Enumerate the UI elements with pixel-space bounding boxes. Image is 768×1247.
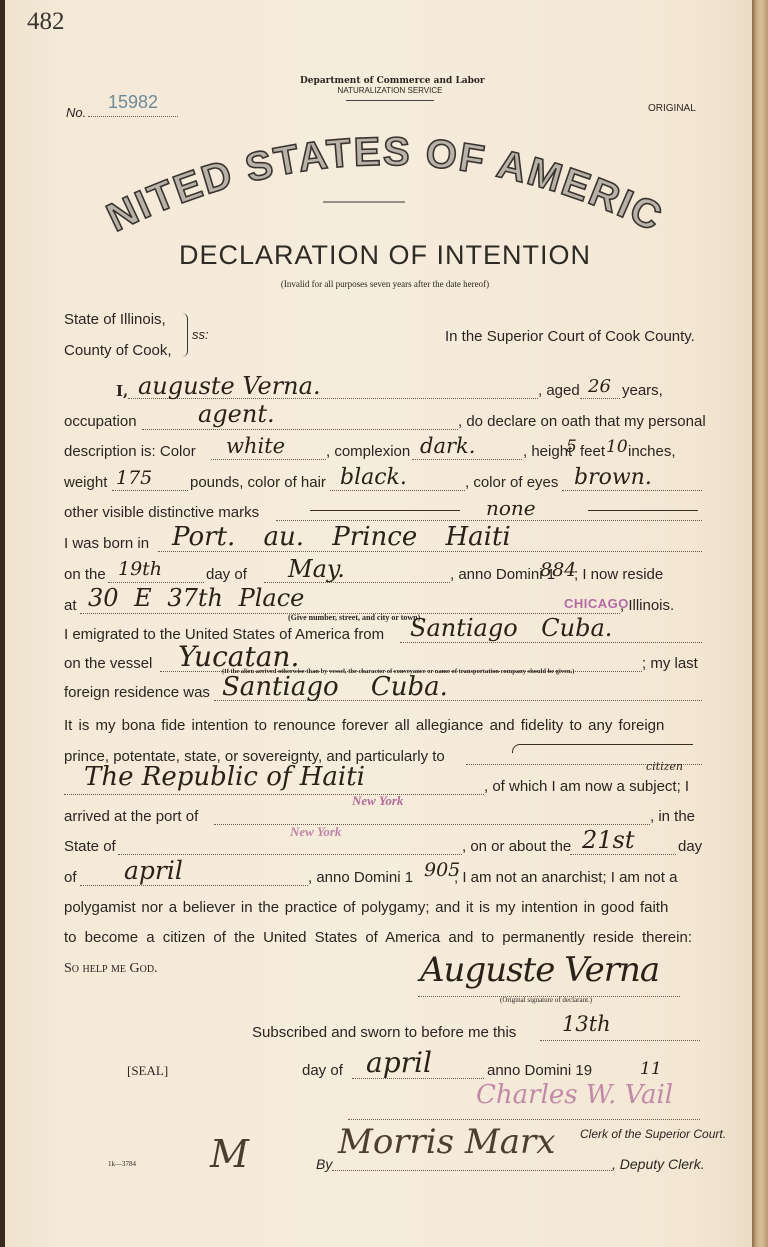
- svg-text:UNITED STATES OF AMERICA: UNITED STATES OF AMERICA: [100, 120, 670, 240]
- complexion-label: , complexion: [326, 443, 410, 461]
- marks-label: other visible distinctive marks: [64, 504, 259, 522]
- occupation-value: agent.: [198, 400, 275, 428]
- arrival-state-stamp: New York: [290, 824, 341, 840]
- eyes-value: brown.: [574, 465, 652, 490]
- i-label: I,: [116, 382, 128, 400]
- sworn-day-of-label: day of: [302, 1062, 343, 1080]
- birth-month-value: May.: [288, 555, 345, 583]
- subject-label: , of which I am now a subject; I: [484, 778, 689, 796]
- state-of-label: State of: [64, 838, 116, 856]
- eyes-line: [562, 490, 702, 491]
- complexion-line: [412, 459, 522, 460]
- marks-line: [276, 520, 702, 521]
- seal-label: [SEAL]: [127, 1062, 168, 1080]
- declare-label: , do declare on oath that my personal: [458, 413, 706, 431]
- last-label: ; my last: [642, 655, 698, 673]
- renounce-line-1: It is my bona fide intention to renounce…: [64, 717, 664, 735]
- by-label: By: [316, 1155, 332, 1173]
- state-label: State of Illinois,: [64, 311, 166, 329]
- emigrated-from-value: Santiago Cuba.: [410, 614, 612, 642]
- oath-line: So help me God.: [64, 960, 158, 978]
- hair-line: [330, 490, 465, 491]
- ss-label: ss:: [192, 326, 209, 344]
- vessel-label: on the vessel: [64, 655, 152, 673]
- document-subtitle: (Invalid for all purposes seven years af…: [100, 279, 670, 289]
- feet-label: feet: [580, 443, 605, 461]
- arrival-month-value: april: [124, 856, 183, 885]
- title-arc: UNITED STATES OF AMERICA: [100, 120, 670, 250]
- court-label: In the Superior Court of Cook County.: [445, 328, 695, 346]
- of-label: of: [64, 869, 77, 887]
- clerk-signature: Charles W. Vail: [476, 1080, 673, 1110]
- weight-value: 175: [116, 467, 152, 489]
- clerk-line: [348, 1119, 700, 1120]
- citizen-line: to become a citizen of the United States…: [64, 929, 692, 947]
- emigrated-line: [400, 642, 702, 643]
- service-label: NATURALIZATION SERVICE: [300, 82, 480, 100]
- foreign-label: foreign residence was: [64, 684, 210, 702]
- occupation-label: occupation: [64, 413, 137, 431]
- height-label: , height: [523, 443, 572, 461]
- description-label: description is: Color: [64, 443, 196, 461]
- marks-dash-right: [588, 510, 698, 511]
- birthplace-value: Port. au. Prince Haiti: [172, 522, 511, 552]
- signature-hint: (Original signature of declarant.): [500, 996, 592, 1004]
- hair-value: black.: [340, 465, 407, 490]
- weight-label: weight: [64, 474, 107, 492]
- day-of-label: day of: [206, 566, 247, 584]
- initial-mark: M: [210, 1132, 249, 1176]
- age-line: [580, 398, 620, 399]
- eyes-label: , color of eyes: [465, 474, 558, 492]
- born-label: I was born in: [64, 535, 149, 553]
- sworn-label: Subscribed and sworn to before me this: [252, 1024, 516, 1042]
- arc-title-text: UNITED STATES OF AMERICA: [100, 120, 670, 240]
- anno2-label: , anno Domini 1: [308, 869, 413, 887]
- marks-value: none: [486, 496, 536, 520]
- birth-day-value: 19th: [118, 558, 162, 580]
- serial-number: 15982: [108, 92, 158, 113]
- on-the-label: on the: [64, 566, 106, 584]
- complexion-value: dark.: [420, 434, 475, 458]
- polygamy-line: polygamist nor a believer in the practic…: [64, 899, 668, 917]
- declarant-name: auguste Verna.: [138, 372, 321, 400]
- document-title: DECLARATION OF INTENTION: [100, 240, 670, 271]
- inches-label: inches,: [628, 443, 676, 461]
- port-line: [214, 824, 650, 825]
- page-number: 482: [27, 8, 65, 36]
- subject-correction: citizen: [646, 760, 683, 773]
- color-line: [211, 459, 326, 460]
- about-label: , on or about the: [462, 838, 571, 856]
- arrival-month-line: [80, 885, 308, 886]
- anarchist-label: ; I am not an anarchist; I am not a: [454, 869, 677, 887]
- deputy-line: [332, 1170, 612, 1171]
- arrival-day-value: 21st: [582, 826, 635, 854]
- clerk-title: Clerk of the Superior Court.: [580, 1125, 726, 1143]
- reside-label: ; I now reside: [574, 566, 663, 584]
- years-label: years,: [622, 382, 663, 400]
- address-value: 30 E 37th Place: [88, 584, 304, 612]
- at-label: at: [64, 597, 77, 615]
- illinois-label: , Illinois.: [620, 597, 674, 615]
- sworn-year-value: 11: [640, 1059, 662, 1079]
- copy-type: ORIGINAL: [648, 100, 696, 118]
- bracket: [182, 313, 188, 357]
- arrival-day-line: [570, 854, 676, 855]
- pounds-label: pounds, color of hair: [190, 474, 326, 492]
- marks-dash-left: [310, 510, 460, 511]
- deputy-signature: Morris Marx: [338, 1122, 555, 1162]
- header-rule: [346, 100, 434, 101]
- deputy-title: , Deputy Clerk.: [612, 1155, 705, 1173]
- address-hint: (Give number, street, and city or town): [288, 613, 420, 622]
- height-inches: 10: [606, 437, 628, 457]
- sovereign-value: The Republic of Haiti: [84, 762, 365, 792]
- age-value: 26: [588, 376, 611, 397]
- birth-year-value: 884: [540, 559, 576, 581]
- aged-label: , aged: [538, 382, 580, 400]
- county-label: County of Cook,: [64, 342, 172, 360]
- no-line: [88, 116, 178, 117]
- book-binding-edge: [752, 0, 768, 1247]
- occupation-line: [142, 429, 458, 430]
- sworn-day-line: [540, 1040, 700, 1041]
- declarant-signature: Auguste Verna: [420, 950, 659, 990]
- sovereign-dash: [512, 744, 693, 753]
- height-feet: 5: [566, 437, 577, 457]
- no-label: No.: [66, 104, 86, 122]
- port-stamp: New York: [352, 793, 403, 809]
- day-label: day: [678, 838, 702, 856]
- sworn-anno-label: anno Domini 19: [487, 1062, 592, 1080]
- sworn-month-value: april: [366, 1046, 432, 1079]
- birth-day-line: [108, 582, 204, 583]
- foreign-residence-value: Santiago Cuba.: [222, 672, 448, 702]
- color-value: white: [226, 434, 285, 458]
- weight-line: [112, 490, 188, 491]
- form-code: 1k—3784: [108, 1160, 136, 1168]
- port-label: arrived at the port of: [64, 808, 198, 826]
- sovereign-line-2: [64, 794, 484, 795]
- sworn-day-value: 13th: [562, 1012, 611, 1036]
- arrival-state-line: [118, 854, 462, 855]
- in-the-label: , in the: [650, 808, 695, 826]
